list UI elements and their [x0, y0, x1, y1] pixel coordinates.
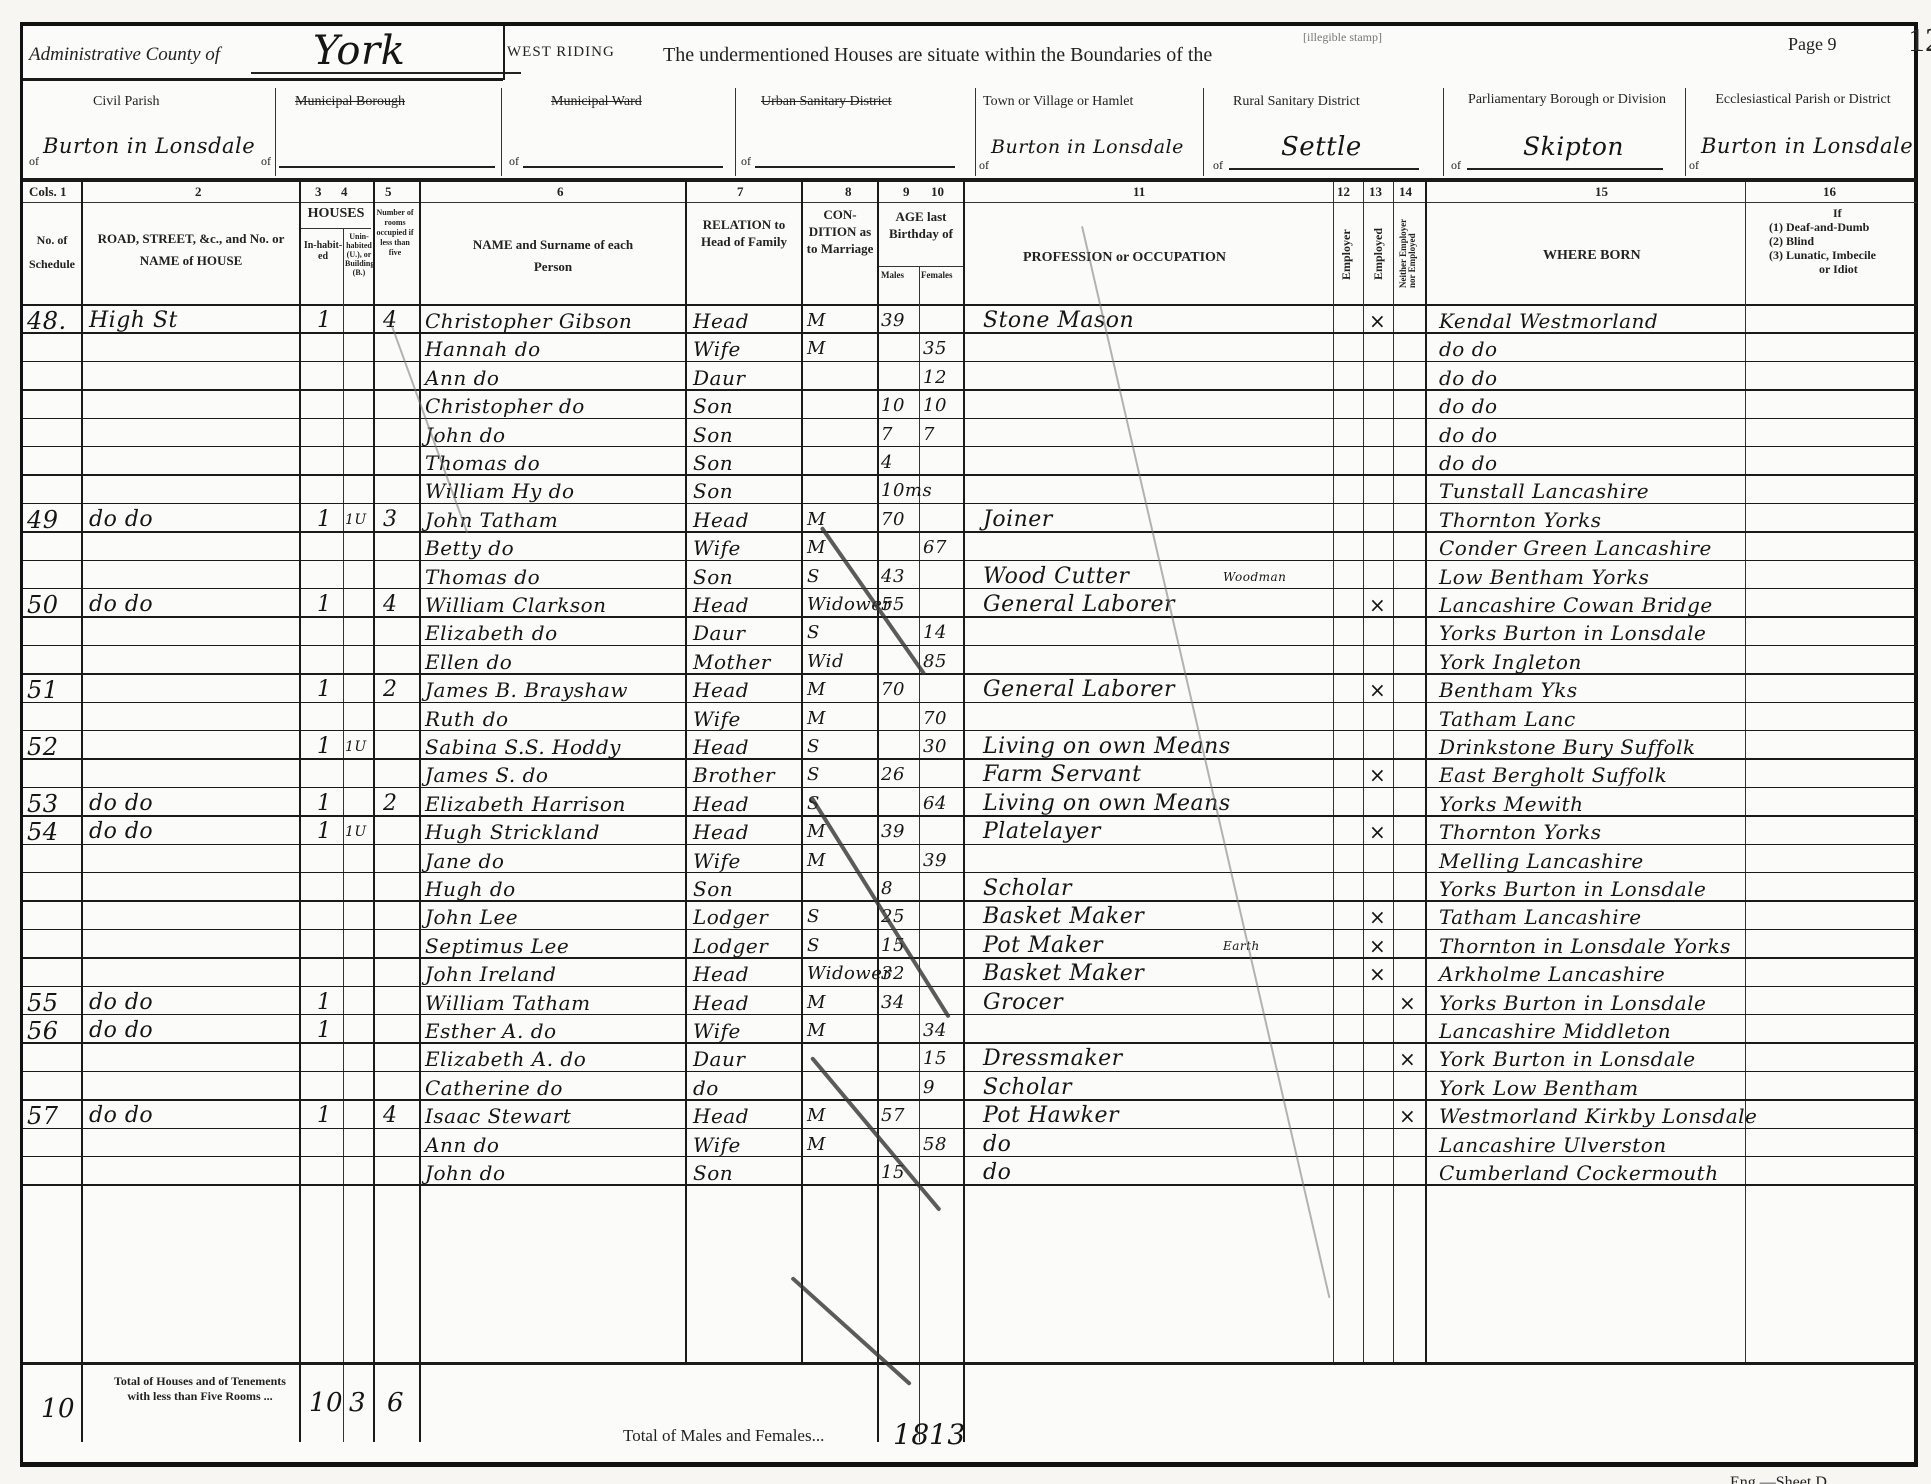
cell-uninhabited [345, 959, 373, 986]
cell-female-age: 64 [923, 789, 961, 816]
cell-female-age [923, 505, 961, 532]
col-relation-header: RELATION to Head of Family [689, 216, 799, 250]
cell-inhabited: 1 [317, 1101, 341, 1128]
cell-road [89, 704, 297, 731]
cell-uninhabited [345, 448, 373, 475]
col-rooms-header: Number of rooms occupied if less than fi… [375, 208, 415, 258]
cell-condition: Wid [807, 647, 875, 674]
cell-uninhabited [345, 675, 373, 702]
cell-name: John do [425, 420, 683, 447]
cell-employed [1369, 1158, 1391, 1185]
cell-inhabited: 1 [317, 306, 341, 333]
col-age-header: AGE last Birthday of [879, 208, 963, 242]
cell-relation: Brother [693, 760, 799, 787]
cell-name: Ruth do [425, 704, 683, 731]
table-row: 48.High St14Christopher GibsonHeadM39Sto… [23, 306, 1921, 333]
cell-employed [1369, 391, 1391, 418]
cell-rooms [383, 448, 417, 475]
field-divider [1203, 88, 1204, 176]
cell-born: Yorks Burton in Lonsdale [1439, 618, 1739, 645]
cell-neither [1399, 334, 1421, 361]
cell-male-age [881, 1073, 919, 1100]
cell-born: do do [1439, 448, 1739, 475]
cell-road [89, 1158, 297, 1185]
field-divider [975, 88, 976, 176]
cell-rooms: 3 [383, 505, 417, 532]
cell-employed [1369, 874, 1391, 901]
boundaries-text: The undermentioned Houses are situate wi… [663, 44, 1212, 67]
cell-uninhabited [345, 846, 373, 873]
field-underline [279, 166, 495, 168]
cell-female-age: 9 [923, 1073, 961, 1100]
cell-uninhabited [345, 1101, 373, 1128]
cell-schedule: 48. [27, 306, 79, 333]
table-row: Hugh doSon8ScholarYorks Burton in Lonsda… [23, 874, 1921, 901]
cell-employer [1339, 363, 1361, 390]
cell-female-age [923, 931, 961, 958]
cell-female-age [923, 448, 961, 475]
cell-inhabited: 1 [317, 988, 341, 1015]
cell-condition: S [807, 732, 875, 759]
col-houses-header: HOUSES [301, 206, 371, 222]
cell-neither [1399, 391, 1421, 418]
cell-male-age: 7 [881, 420, 919, 447]
col-employer-header: Employer [1339, 210, 1354, 280]
cell-female-age: 70 [923, 704, 961, 731]
admin-county-underline [251, 72, 521, 74]
of-prefix: of [261, 154, 271, 169]
cell-male-age [881, 789, 919, 816]
cell-neither [1399, 874, 1421, 901]
cell-inhabited [317, 1073, 341, 1100]
of-prefix: of [979, 158, 989, 173]
col-inhabited-header: In-habit-ed [303, 240, 343, 262]
cell-rooms [383, 874, 417, 901]
cell-uninhabited [345, 874, 373, 901]
cell-name: James B. Brayshaw [425, 675, 683, 702]
field-label-ecclesiastical: Ecclesiastical Parish or District [1703, 92, 1903, 107]
cell-rooms [383, 1044, 417, 1071]
col-schedule-header: No. of Schedule [25, 228, 79, 276]
cell-occupation: Farm Servant [983, 760, 1283, 787]
cell-born: Lancashire Middleton [1439, 1016, 1739, 1043]
cell-employer [1339, 817, 1361, 844]
cell-inhabited: 1 [317, 732, 341, 759]
column-header: Cols. 1 2 3 4 5 6 7 8 9 10 11 12 13 14 1… [23, 182, 1917, 306]
cell-employed [1369, 1016, 1391, 1043]
cell-uninhabited [345, 902, 373, 929]
cell-neither [1399, 931, 1421, 958]
cell-road [89, 363, 297, 390]
field-value-town: Burton in Lonsdale [991, 136, 1184, 158]
cell-road [89, 675, 297, 702]
cell-female-age [923, 817, 961, 844]
cell-rooms [383, 533, 417, 560]
cell-schedule [27, 931, 79, 958]
cell-condition: Widower [807, 959, 875, 986]
cell-inhabited [317, 334, 341, 361]
cell-uninhabited [345, 363, 373, 390]
cell-inhabited [317, 704, 341, 731]
cell-employed [1369, 505, 1391, 532]
cell-born: Yorks Burton in Lonsdale [1439, 874, 1739, 901]
cell-rooms [383, 420, 417, 447]
cell-male-age [881, 732, 919, 759]
cell-female-age [923, 902, 961, 929]
cell-rooms [383, 732, 417, 759]
cell-relation: Son [693, 391, 799, 418]
cell-uninhabited [345, 704, 373, 731]
field-label-municipal-ward: Municipal Ward [551, 94, 642, 110]
cell-born: York Low Bentham [1439, 1073, 1739, 1100]
cell-road [89, 1044, 297, 1071]
cell-occupation [983, 1016, 1283, 1043]
cell-schedule [27, 647, 79, 674]
cell-employer [1339, 618, 1361, 645]
cell-relation: Head [693, 306, 799, 333]
cell-male-age [881, 1044, 919, 1071]
cell-occupation [983, 533, 1283, 560]
table-row: John LeeLodgerS25Basket Maker×Tatham Lan… [23, 902, 1921, 929]
cell-condition [807, 391, 875, 418]
cell-born: do do [1439, 363, 1739, 390]
field-value-civil-parish: Burton in Lonsdale [43, 134, 255, 158]
cell-employed: × [1369, 959, 1391, 986]
cell-relation: Lodger [693, 902, 799, 929]
cell-inhabited: 1 [317, 505, 341, 532]
cell-schedule [27, 902, 79, 929]
col-neither-header: Neither Employer nor Employed [1399, 208, 1427, 288]
cell-rooms [383, 1016, 417, 1043]
col-number: Cols. 1 [29, 184, 67, 200]
cell-born: Lancashire Ulverston [1439, 1130, 1739, 1157]
cell-inhabited [317, 618, 341, 645]
cell-female-age: 34 [923, 1016, 961, 1043]
cell-employer [1339, 306, 1361, 333]
table-row: Ann doDaur12do do [23, 363, 1921, 390]
cell-road [89, 1130, 297, 1157]
cell-rooms: 4 [383, 1101, 417, 1128]
cell-schedule [27, 618, 79, 645]
cell-born: do do [1439, 334, 1739, 361]
cell-neither [1399, 1073, 1421, 1100]
cell-employer [1339, 391, 1361, 418]
table-row: Ellen doMotherWid85York Ingleton [23, 647, 1921, 674]
cell-relation: Son [693, 448, 799, 475]
cell-name: Elizabeth A. do [425, 1044, 683, 1071]
cell-female-age: 7 [923, 420, 961, 447]
cell-employed [1369, 732, 1391, 759]
cell-relation: Head [693, 988, 799, 1015]
field-value-rural-sanitary: Settle [1281, 132, 1362, 162]
table-row: 5112James B. BrayshawHeadM70General Labo… [23, 675, 1921, 702]
cell-condition: M [807, 1130, 875, 1157]
cell-male-age [881, 1016, 919, 1043]
cell-condition: S [807, 618, 875, 645]
cell-employer [1339, 1158, 1361, 1185]
cell-condition [807, 448, 875, 475]
cell-relation: Wife [693, 334, 799, 361]
cell-schedule [27, 334, 79, 361]
cell-female-age [923, 1158, 961, 1185]
cell-neither [1399, 505, 1421, 532]
cell-neither [1399, 846, 1421, 873]
col-number-rule [23, 202, 1917, 203]
cell-rooms [383, 704, 417, 731]
cell-rooms [383, 1158, 417, 1185]
field-label-urban-sanitary: Urban Sanitary District [761, 94, 892, 110]
cell-schedule [27, 959, 79, 986]
cell-relation: Son [693, 874, 799, 901]
cell-relation: Wife [693, 846, 799, 873]
cell-employer [1339, 1130, 1361, 1157]
cell-neither [1399, 1158, 1421, 1185]
cell-schedule [27, 1044, 79, 1071]
cell-road: do do [89, 505, 297, 532]
cell-employer [1339, 533, 1361, 560]
cell-name: Elizabeth Harrison [425, 789, 683, 816]
cell-relation: Head [693, 789, 799, 816]
cell-employer [1339, 959, 1361, 986]
cell-neither [1399, 902, 1421, 929]
females-total: 13 [929, 1418, 966, 1451]
houses-total-label: Total of Houses and of Tenements with le… [107, 1374, 293, 1404]
cell-uninhabited [345, 1073, 373, 1100]
field-divider [735, 88, 736, 176]
cell-condition: M [807, 704, 875, 731]
cell-employer [1339, 704, 1361, 731]
cell-neither [1399, 306, 1421, 333]
cell-road [89, 448, 297, 475]
cell-male-age: 70 [881, 505, 919, 532]
cell-road: do do [89, 1101, 297, 1128]
cell-neither: × [1399, 988, 1421, 1015]
cell-male-age: 55 [881, 590, 919, 617]
table-row: Betty doWifeM67Conder Green Lancashire [23, 533, 1921, 560]
table-row: 55do do1William TathamHeadM34Grocer×York… [23, 988, 1921, 1015]
cell-relation: Wife [693, 533, 799, 560]
cell-uninhabited [345, 334, 373, 361]
cell-born: do do [1439, 420, 1739, 447]
cell-rooms [383, 817, 417, 844]
cell-neither: × [1399, 1101, 1421, 1128]
col-number: 4 [341, 184, 348, 200]
cell-road [89, 618, 297, 645]
cell-employer [1339, 874, 1361, 901]
cell-road [89, 562, 297, 589]
cell-name: Ann do [425, 363, 683, 390]
cell-employed [1369, 476, 1391, 503]
cell-employer [1339, 1044, 1361, 1071]
cell-employer [1339, 1101, 1361, 1128]
cell-occupation [983, 391, 1283, 418]
table-row: Thomas doSon4do do [23, 448, 1921, 475]
cell-schedule: 49 [27, 505, 79, 532]
cell-relation: Mother [693, 647, 799, 674]
table-row: 54do do11UHugh StricklandHeadM39Platelay… [23, 817, 1921, 844]
cell-relation: Head [693, 590, 799, 617]
cell-born: Westmorland Kirkby Lonsdale [1439, 1101, 1739, 1128]
table-row: 57do do14Isaac StewartHeadM57Pot Hawker×… [23, 1101, 1921, 1128]
cell-relation: Son [693, 476, 799, 503]
table-row: Septimus LeeLodgerS15Pot Maker×Thornton … [23, 931, 1921, 958]
cell-schedule [27, 391, 79, 418]
field-divider [1685, 88, 1686, 176]
table-row: 5211USabina S.S. HoddyHeadS30Living on o… [23, 732, 1921, 759]
cell-employed [1369, 1130, 1391, 1157]
cell-employed [1369, 420, 1391, 447]
cell-female-age: 85 [923, 647, 961, 674]
cell-employed: × [1369, 931, 1391, 958]
cell-employer [1339, 562, 1361, 589]
of-prefix: of [1451, 158, 1461, 173]
cell-condition [807, 1158, 875, 1185]
cell-occupation: Pot Hawker [983, 1101, 1283, 1128]
cell-uninhabited [345, 647, 373, 674]
cell-female-age: 67 [923, 533, 961, 560]
col-number: 5 [385, 184, 392, 200]
cell-female-age [923, 590, 961, 617]
cell-female-age: 15 [923, 1044, 961, 1071]
cell-neither [1399, 420, 1421, 447]
cell-inhabited [317, 363, 341, 390]
cell-neither [1399, 1016, 1421, 1043]
cell-inhabited [317, 562, 341, 589]
cell-road [89, 533, 297, 560]
cell-condition: M [807, 334, 875, 361]
cell-occupation: Living on own Means [983, 732, 1283, 759]
cell-female-age: 12 [923, 363, 961, 390]
cell-occupation [983, 647, 1283, 674]
cell-inhabited [317, 902, 341, 929]
cell-employed [1369, 789, 1391, 816]
cell-inhabited [317, 874, 341, 901]
cell-road: do do [89, 1016, 297, 1043]
cell-rooms [383, 1073, 417, 1100]
table-row: 56do do1Esther A. doWifeM34Lancashire Mi… [23, 1016, 1921, 1043]
col-number: 2 [195, 184, 202, 200]
cell-inhabited [317, 533, 341, 560]
table-row: 49do do11U3John TathamHeadM70JoinerThorn… [23, 505, 1921, 532]
census-rows: 48.High St14Christopher GibsonHeadM39Sto… [23, 306, 1917, 1362]
cell-relation: Head [693, 1101, 799, 1128]
cell-born: Low Bentham Yorks [1439, 562, 1739, 589]
cell-relation: do [693, 1073, 799, 1100]
col-name-header: NAME and Surname of each Person [453, 234, 653, 278]
cell-schedule [27, 562, 79, 589]
field-value-parliamentary: Skipton [1523, 132, 1624, 161]
cell-employed: × [1369, 675, 1391, 702]
cell-rooms [383, 760, 417, 787]
field-underline [1229, 168, 1419, 170]
cell-schedule [27, 1130, 79, 1157]
field-underline [523, 166, 723, 168]
cell-schedule [27, 760, 79, 787]
cell-uninhabited [345, 533, 373, 560]
cell-schedule: 52 [27, 732, 79, 759]
cell-born: Kendal Westmorland [1439, 306, 1739, 333]
cell-rooms: 4 [383, 590, 417, 617]
cell-condition [807, 476, 875, 503]
cell-inhabited [317, 931, 341, 958]
of-prefix: of [509, 154, 519, 169]
field-divider [501, 88, 502, 176]
field-value-ecclesiastical: Burton in Lonsdale [1701, 134, 1913, 158]
cell-condition [807, 363, 875, 390]
cell-uninhabited [345, 931, 373, 958]
cell-employed: × [1369, 590, 1391, 617]
cell-uninhabited [345, 1158, 373, 1185]
cell-uninhabited [345, 1044, 373, 1071]
cell-born: Yorks Mewith [1439, 789, 1739, 816]
cell-employer [1339, 1073, 1361, 1100]
col-born-header: WHERE BORN [1543, 248, 1641, 264]
cell-name: John do [425, 1158, 683, 1185]
cell-born: York Burton in Lonsdale [1439, 1044, 1739, 1071]
cell-born: Conder Green Lancashire [1439, 533, 1739, 560]
cell-schedule [27, 448, 79, 475]
cell-occupation: Basket Maker [983, 959, 1283, 986]
inhabited-total: 10 [309, 1388, 343, 1418]
cell-rooms: 2 [383, 675, 417, 702]
cell-name: William Hy do [425, 476, 683, 503]
cell-employed [1369, 562, 1391, 589]
cell-female-age [923, 874, 961, 901]
cell-schedule [27, 420, 79, 447]
cell-condition: M [807, 675, 875, 702]
cell-schedule [27, 476, 79, 503]
col-females-header: Females [921, 270, 953, 280]
census-sheet: Administrative County of York WEST RIDIN… [20, 22, 1918, 1467]
cell-neither [1399, 363, 1421, 390]
cell-inhabited [317, 1130, 341, 1157]
cell-inhabited [317, 760, 341, 787]
cell-schedule [27, 874, 79, 901]
col-infirmity-1: (1) Deaf-and-Dumb [1769, 220, 1869, 235]
col-number: 10 [931, 184, 944, 200]
cell-occupation: Stone Mason [983, 306, 1283, 333]
cell-uninhabited [345, 789, 373, 816]
cell-relation: Head [693, 732, 799, 759]
cell-rooms: 4 [383, 306, 417, 333]
cell-relation: Wife [693, 704, 799, 731]
field-label-town: Town or Village or Hamlet [983, 94, 1133, 110]
cell-uninhabited [345, 590, 373, 617]
cell-name: John Lee [425, 902, 683, 929]
cell-relation: Head [693, 959, 799, 986]
cell-male-age: 39 [881, 817, 919, 844]
cell-name: William Clarkson [425, 590, 683, 617]
cell-employer [1339, 1016, 1361, 1043]
field-label-municipal-borough: Municipal Borough [295, 94, 405, 110]
cell-employed [1369, 988, 1391, 1015]
cell-road: do do [89, 789, 297, 816]
col-infirmity-if: If [1833, 206, 1842, 221]
col-condition-header: CON-DITION as to Marriage [803, 206, 877, 257]
table-row: John IrelandHeadWidower32Basket Maker×Ar… [23, 959, 1921, 986]
cell-neither: × [1399, 1044, 1421, 1071]
field-label-rural-sanitary: Rural Sanitary District [1233, 94, 1360, 110]
cell-male-age: 57 [881, 1101, 919, 1128]
cell-schedule: 54 [27, 817, 79, 844]
cell-name: Christopher Gibson [425, 306, 683, 333]
cell-employer [1339, 846, 1361, 873]
cell-born: Cumberland Cockermouth [1439, 1158, 1739, 1185]
cell-female-age: 58 [923, 1130, 961, 1157]
cell-relation: Wife [693, 1016, 799, 1043]
cell-employer [1339, 902, 1361, 929]
cell-employer [1339, 505, 1361, 532]
